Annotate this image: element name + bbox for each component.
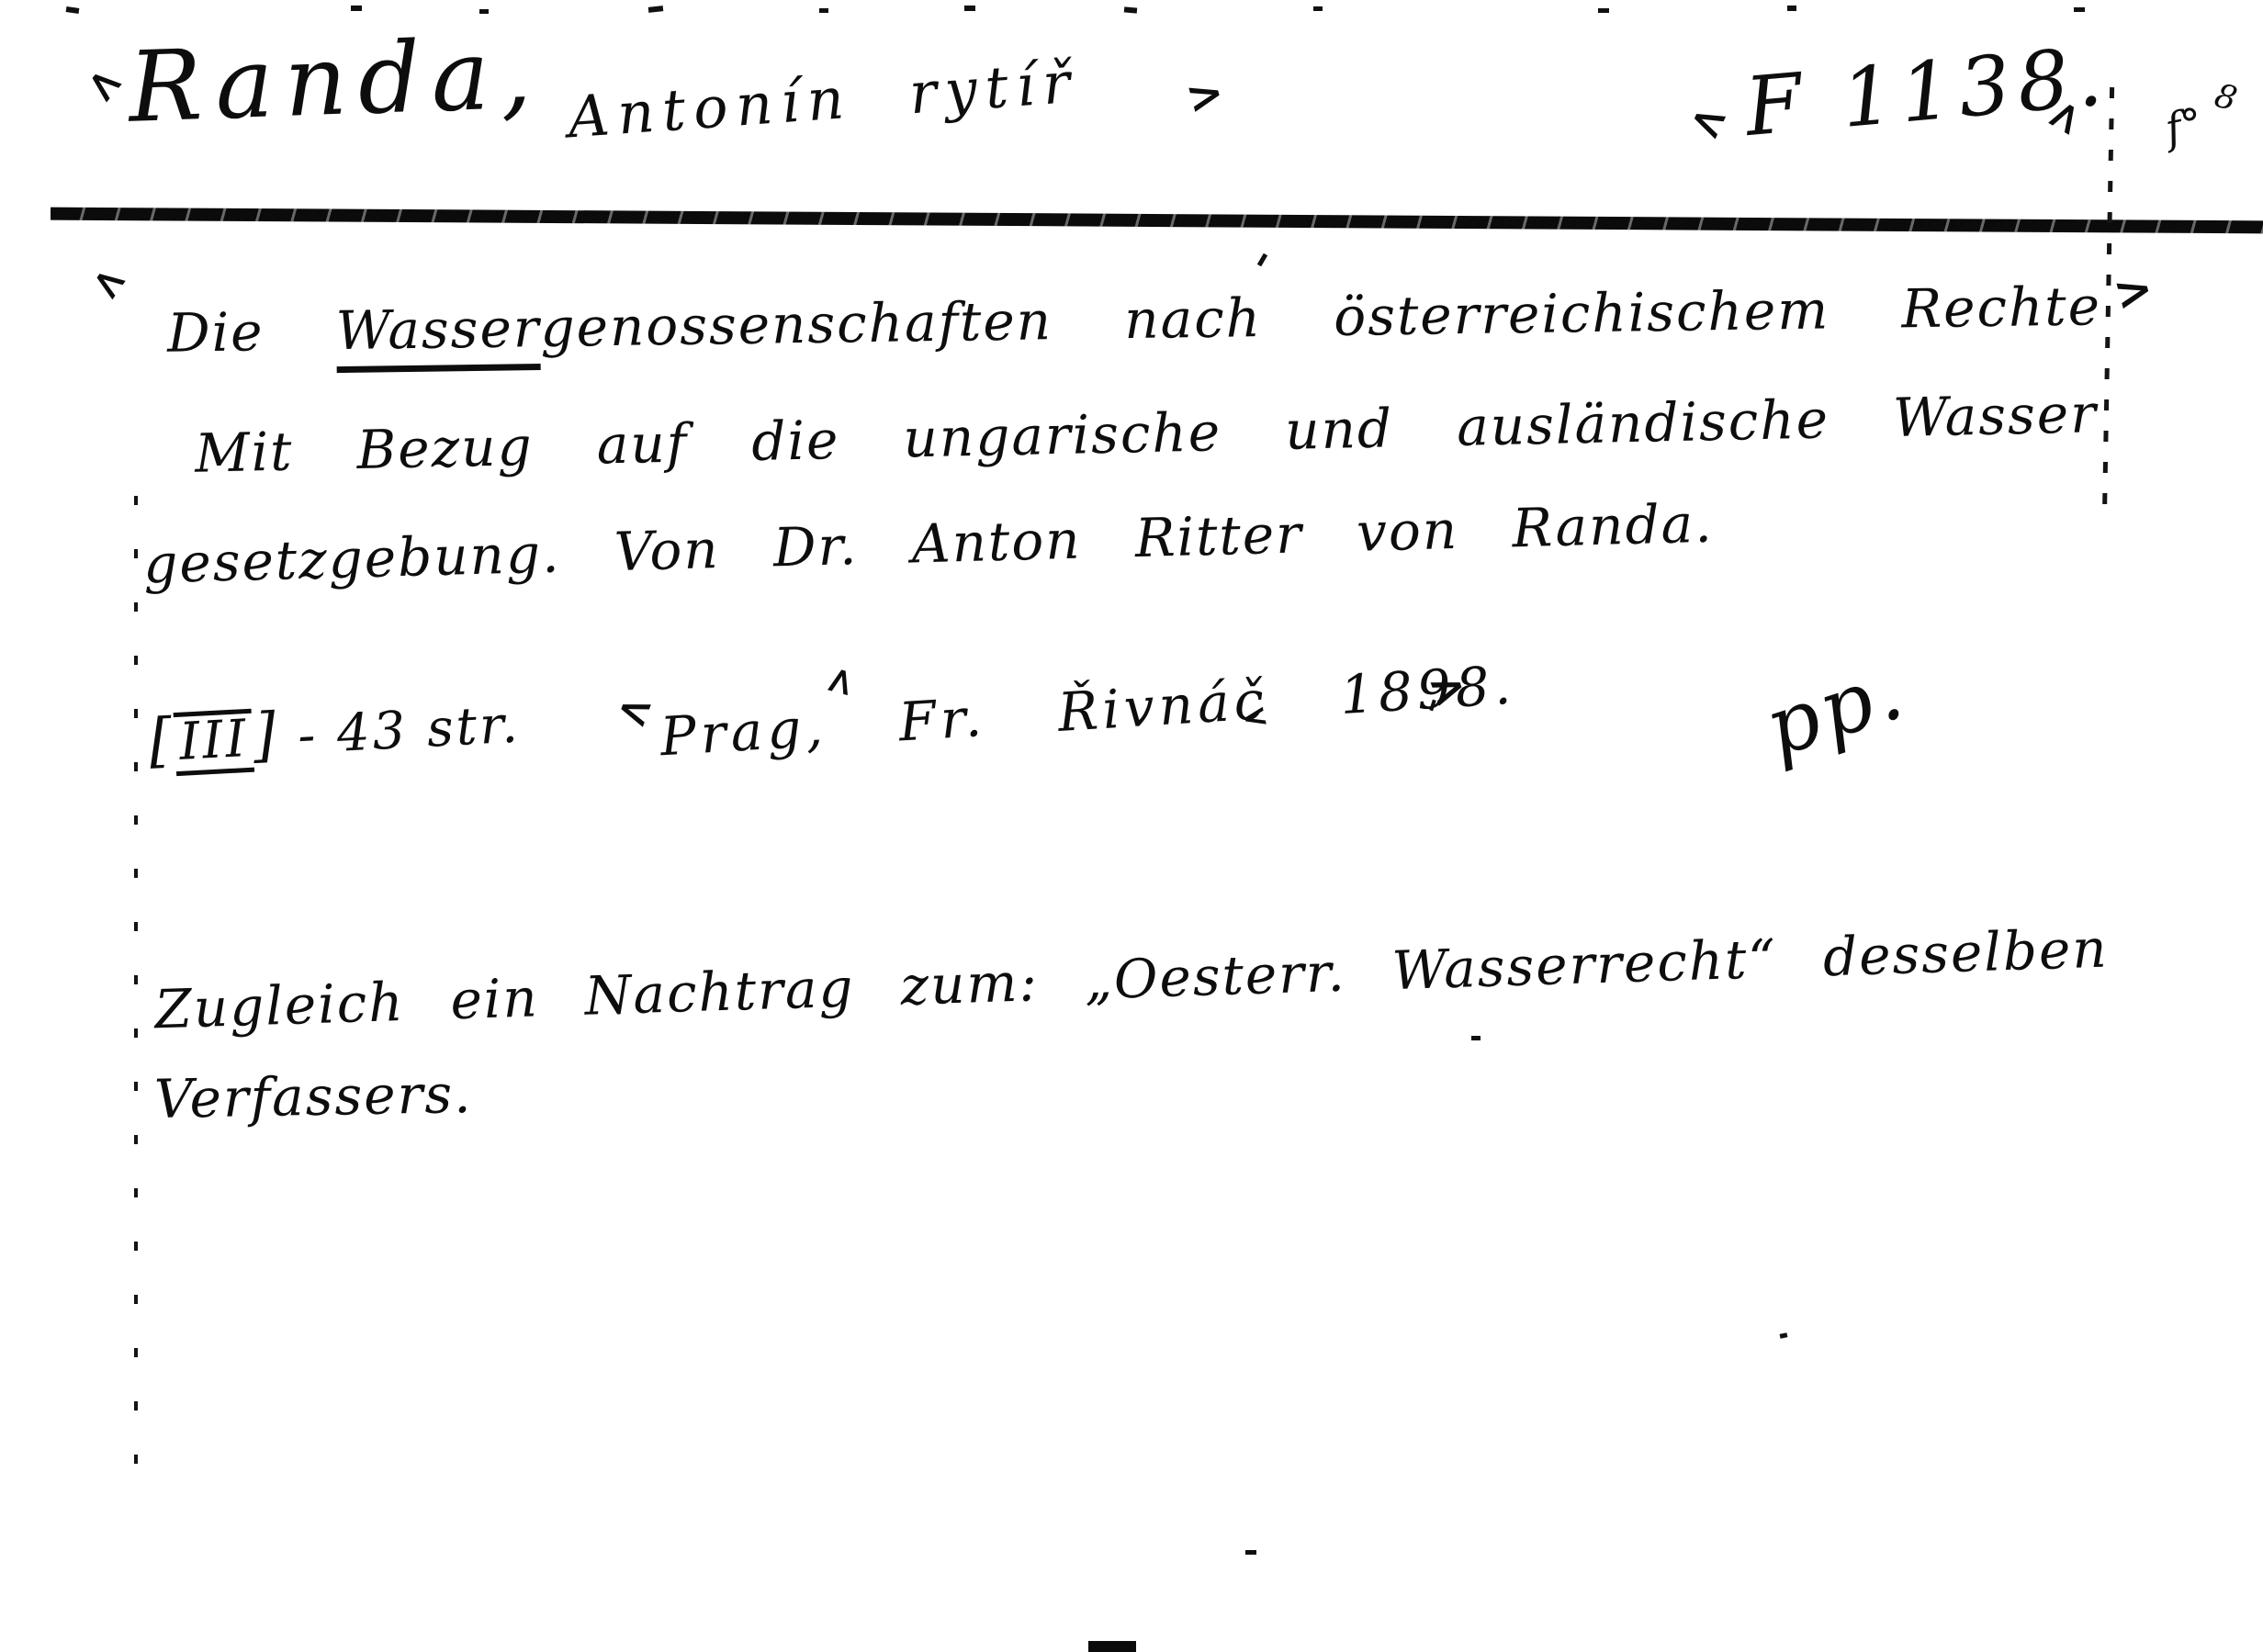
- title-line-1: Die Wassergenossenschaften nach österrei…: [167, 273, 2102, 366]
- title-word-underlined: Wasser: [335, 297, 541, 373]
- insertion-mark-heading-after: >: [1181, 70, 1228, 122]
- ink-speck: [1598, 8, 1609, 13]
- shelfmark: F 1138.: [1741, 28, 2112, 154]
- ink-speck: [351, 6, 362, 11]
- ink-speck: [1257, 253, 1267, 267]
- ink-speck: [479, 9, 489, 14]
- extent: - 43 str.: [297, 694, 523, 766]
- margin-mark: 8: [2211, 77, 2241, 119]
- dotted-guide-line-left: [134, 496, 138, 1465]
- ink-speck: [1245, 1550, 1256, 1555]
- ink-speck: [819, 8, 828, 13]
- insertion-mark-title-after: >: [2109, 264, 2157, 318]
- title-line-1-rest: genossenschaften nach österreichischem R…: [540, 275, 2101, 359]
- ink-speck: [648, 6, 664, 13]
- collation: [III] - 43 str.: [147, 688, 522, 777]
- ink-speck: [964, 6, 975, 11]
- imprint: Prag, Fr. Řivnáč 1898.: [659, 654, 1517, 769]
- note-line-1: Zugleich ein Nachtrag zum: „Oesterr. Was…: [153, 916, 2109, 1043]
- bracket-close: ]: [251, 701, 280, 770]
- ink-speck: [66, 6, 80, 14]
- bottom-edge-mark: [1088, 1641, 1136, 1652]
- insertion-mark-title-before: <: [84, 256, 134, 309]
- dotted-guide-line-right: [2102, 87, 2114, 519]
- title-line-3: gesetzgebung. Von Dr. Anton Ritter von R…: [142, 490, 1714, 598]
- pp-annotation: pp.: [1754, 642, 1917, 775]
- ink-speck: [1471, 1036, 1481, 1040]
- insertion-mark-imprint-before: <: [611, 684, 659, 736]
- ink-speck: [1124, 6, 1137, 13]
- ink-speck: [1787, 6, 1796, 11]
- ink-speck: [1313, 6, 1323, 11]
- format-mark: f°: [2161, 97, 2207, 153]
- header-rule: [51, 208, 2263, 234]
- bracket-open: [: [147, 706, 176, 775]
- heading-forename: Antonín rytíř: [566, 49, 1080, 152]
- insertion-mark-nw: <: [78, 56, 132, 111]
- ink-speck: [1780, 1332, 1788, 1339]
- note-line-2: Verfassers.: [153, 1061, 473, 1133]
- title-word: Die: [167, 300, 265, 364]
- catalog-card: < Randa, Antonín rytíř > < F 1138. > 8 f…: [0, 0, 2263, 1652]
- ink-speck: [2074, 7, 2085, 12]
- title-line-2: Mit Bezug auf die ungarische und ausländ…: [194, 380, 2098, 487]
- heading-surname: Randa,: [127, 17, 544, 144]
- roman-numeral: III: [174, 709, 255, 776]
- insertion-mark-shelfmark-before: <: [1683, 94, 1735, 149]
